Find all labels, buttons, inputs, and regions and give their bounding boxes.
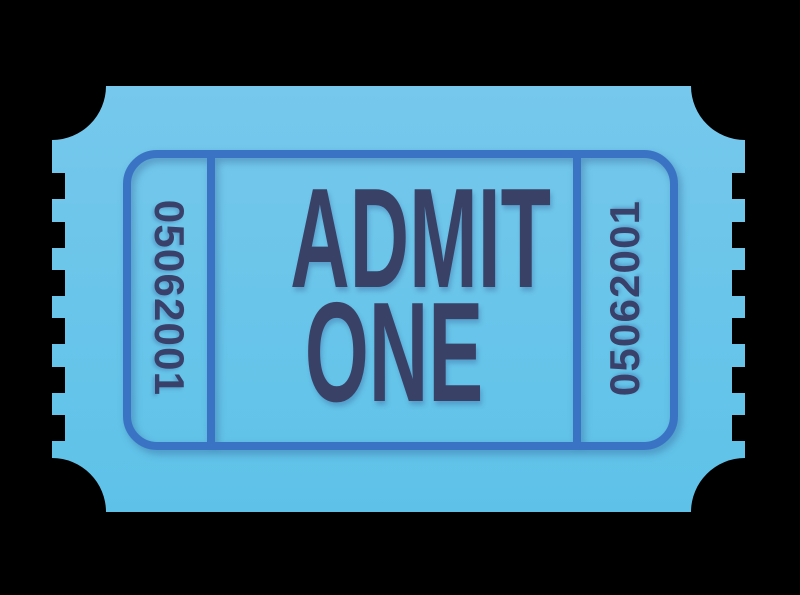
- serial-number-left: 05062001: [148, 200, 190, 396]
- perforation-divider-right: [573, 158, 581, 442]
- perforation-divider-left: [207, 158, 215, 442]
- serial-number-right: 05062001: [604, 200, 646, 396]
- ticket-title-panel: ADMIT ONE: [215, 158, 573, 442]
- ticket-title-line2: ONE: [290, 282, 498, 424]
- admit-one-ticket-illustration: ADMIT ONE 05062001 05062001: [0, 0, 800, 595]
